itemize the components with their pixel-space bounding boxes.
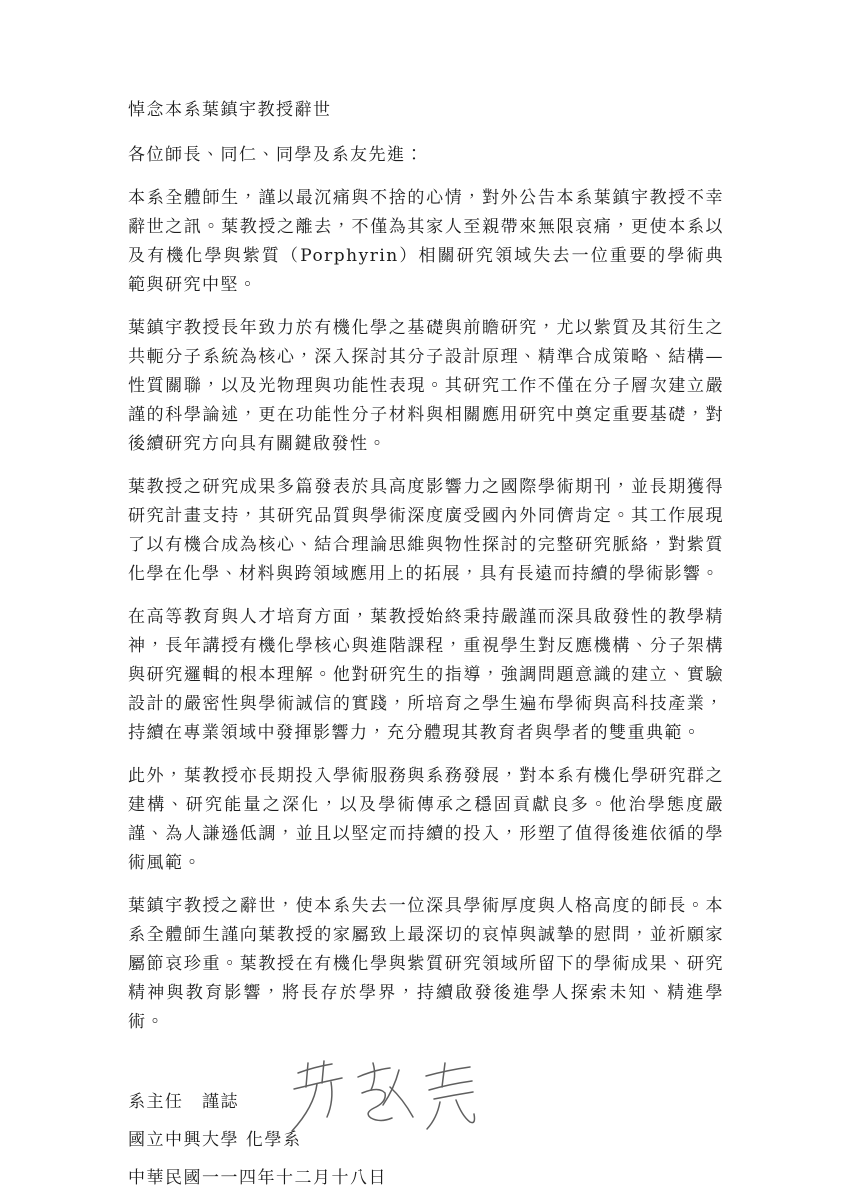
paragraph: 葉鎮宇教授長年致力於有機化學之基礎與前瞻研究，尤以紫質及其衍生之共軛分子系統為核… <box>128 314 724 459</box>
signature-date-line: 中華民國一一四年十二月十八日 <box>128 1159 724 1197</box>
paragraph: 葉鎮宇教授之辭世，使本系失去一位深具學術厚度與人格高度的師長。本系全體師生謹向葉… <box>128 892 724 1037</box>
letter-title: 悼念本系葉鎮宇教授辭世 <box>128 96 724 125</box>
signature-block: 系主任 謹誌 國立中興大學 化學系 中華民國一一四年十二月十八日 <box>128 1083 724 1197</box>
letter-greeting: 各位師長、同仁、同學及系友先進： <box>128 141 724 170</box>
signature-university-line: 國立中興大學 化學系 <box>128 1121 724 1159</box>
paragraph: 葉教授之研究成果多篇發表於具高度影響力之國際學術期刊，並長期獲得研究計畫支持，其… <box>128 473 724 589</box>
paragraph: 在高等教育與人才培育方面，葉教授始終秉持嚴謹而深具啟發性的教學精神，長年講授有機… <box>128 603 724 748</box>
paragraph: 本系全體師生，謹以最沉痛與不捨的心情，對外公告本系葉鎮宇教授不幸辭世之訊。葉教授… <box>128 184 724 300</box>
letter-content: 悼念本系葉鎮宇教授辭世 各位師長、同仁、同學及系友先進： 本系全體師生，謹以最沉… <box>128 96 724 1197</box>
letter-page: 悼念本系葉鎮宇教授辭世 各位師長、同仁、同學及系友先進： 本系全體師生，謹以最沉… <box>0 0 849 1200</box>
paragraph: 此外，葉教授亦長期投入學術服務與系務發展，對本系有機化學研究群之建構、研究能量之… <box>128 762 724 878</box>
signature-role-line: 系主任 謹誌 <box>128 1083 724 1121</box>
